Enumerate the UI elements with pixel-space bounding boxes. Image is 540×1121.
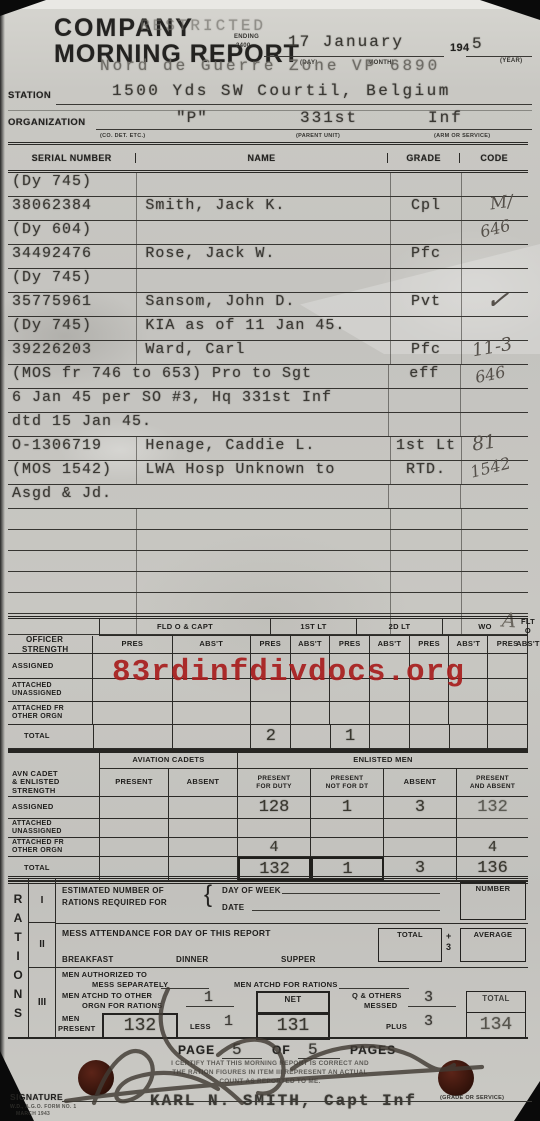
group-enlisted-men: ENLISTED MEN xyxy=(238,753,528,769)
grade-cell: 1st Lt xyxy=(391,437,462,460)
plus-label: PLUS xyxy=(386,1023,407,1032)
col-pfd: PRESENT xyxy=(258,775,291,782)
grade-cell: Pfc xyxy=(391,245,462,268)
code-cell: 646 xyxy=(462,221,528,244)
col-code: CODE xyxy=(460,153,528,163)
row-attached-unassigned-2: UNASSIGNED xyxy=(12,690,62,698)
name-cell: KIA as of 11 Jan 45. xyxy=(137,317,391,340)
roster-row-empty xyxy=(8,530,528,551)
code-cell: ✓ xyxy=(462,293,528,316)
ending-time: 2400 xyxy=(236,43,251,49)
roster-row: dtd 15 Jan 45. xyxy=(8,413,528,437)
q-others-label: Q & OTHERS xyxy=(352,992,402,1001)
grade-cell xyxy=(391,317,462,340)
watermark-text: 83rdinfdivdocs.org xyxy=(112,655,465,690)
grade-cell xyxy=(391,269,462,292)
sub-pres: PRES xyxy=(330,636,370,654)
org-arm-sublabel: (ARM OR SERVICE) xyxy=(434,133,490,139)
col-present-absent-2: AND ABSENT xyxy=(470,783,515,790)
present-label: PRESENT xyxy=(58,1025,96,1034)
serial-cell: 38062384 xyxy=(8,197,137,220)
number-box-label: NUMBER xyxy=(461,885,525,894)
group-1st-lt: 1ST LT xyxy=(271,619,357,636)
brace-glyph: { xyxy=(204,881,212,909)
grade-cell xyxy=(391,221,462,244)
year-underline xyxy=(466,36,532,57)
roster-row: O-1306719 Henage, Caddie L. 1st Lt 81 xyxy=(8,437,528,461)
officer-label-2: STRENGTH xyxy=(22,645,68,654)
col-absent: ABSENT xyxy=(384,769,457,797)
serial-cell xyxy=(8,572,137,592)
grade-cell xyxy=(391,173,462,196)
grade-cell xyxy=(391,530,462,550)
enlisted-label-3: STRENGTH xyxy=(12,787,56,796)
grade-cell xyxy=(389,485,461,508)
scan-edge-top xyxy=(0,0,540,9)
less-value: 1 xyxy=(224,1013,234,1030)
name-cell xyxy=(137,551,391,571)
breakfast-label: BREAKFAST xyxy=(62,955,114,964)
serial-cell: 35775961 xyxy=(8,293,137,316)
men-atchd-other-label: MEN ATCHD TO OTHER xyxy=(62,992,152,1001)
sub-pres: PRES xyxy=(410,636,450,654)
org-co-sublabel: (CO. DET. ETC.) xyxy=(100,133,145,139)
officer-label-1: OFFICER xyxy=(26,635,63,644)
row-attached-other-2: OTHER ORGN xyxy=(12,847,62,855)
row-attached-unassigned-2: UNASSIGNED xyxy=(12,828,62,836)
grade-service-sublabel: (GRADE OR SERVICE) xyxy=(440,1095,504,1101)
handwritten-code: 81 xyxy=(471,430,498,455)
plus-value: 3 xyxy=(424,1013,434,1030)
col-present-absent: PRESENT xyxy=(476,775,509,782)
form-id-line2: MARCH 1943 xyxy=(16,1111,50,1117)
estimated-number-label: ESTIMATED NUMBER OF xyxy=(62,886,164,895)
code-cell: M/ xyxy=(462,197,528,220)
net-value-box: 131 xyxy=(256,1012,330,1040)
roster-row: Asgd & Jd. xyxy=(8,485,528,509)
serial-cell: (MOS 1542) xyxy=(8,461,137,484)
roster-row: (Dy 745) KIA as of 11 Jan 45. xyxy=(8,317,528,341)
col-cadet-absent: ABSENT xyxy=(169,769,238,797)
total-1stlt-pres: 2 xyxy=(251,725,291,749)
roster-row-empty xyxy=(8,572,528,593)
attached-pfd: 4 xyxy=(238,838,311,857)
roster-row: 39226203 Ward, Carl Pfc 11-3 xyxy=(8,341,528,365)
row-attached-unassigned: ATTACHED xyxy=(12,682,52,690)
year-label: (YEAR) xyxy=(500,58,522,64)
scan-corner xyxy=(480,0,540,20)
roster-row: 38062384 Smith, Jack K. Cpl M/ xyxy=(8,197,528,221)
average-box-label: AVERAGE xyxy=(461,931,525,940)
row-attached-other-2: OTHER ORGN xyxy=(12,713,62,721)
rations-vertical-label: RATIONS xyxy=(8,879,29,1037)
serial-cell: O-1306719 xyxy=(8,437,137,460)
row-assigned: ASSIGNED xyxy=(8,654,93,679)
morning-report-scan: COMPANY RESTRICTED MORNING REPORT ENDING… xyxy=(0,0,540,1121)
roster-row: (MOS 1542) LWA Hosp Unknown to RTD. 1542 xyxy=(8,461,528,485)
of-label: OF xyxy=(272,1043,291,1057)
grade-cell xyxy=(391,572,462,592)
rations-section: RATIONS I II III ESTIMATED NUMBER OF RAT… xyxy=(8,876,528,1039)
less-label: LESS xyxy=(190,1023,211,1032)
mess-separately-label: MESS SEPARATELY xyxy=(92,981,168,990)
roster-row: 34492476 Rose, Jack W. Pfc xyxy=(8,245,528,269)
serial-cell: (Dy 604) xyxy=(8,221,137,244)
restricted-stamp: RESTRICTED xyxy=(140,17,266,35)
sub-abst: ABS'T xyxy=(173,636,251,654)
col-grade: GRADE xyxy=(388,153,461,163)
total-2dlt-pres: 1 xyxy=(331,725,371,749)
rations-letters: RATIONS xyxy=(11,892,25,1025)
net-label: NET xyxy=(258,995,328,1004)
group-fldo-capt: FLD O & CAPT xyxy=(100,619,271,636)
men-atchd-rations-label: MEN ATCHD FOR RATIONS xyxy=(234,981,338,990)
name-cell: Ward, Carl xyxy=(137,341,391,364)
censor-zone-line: Nord de Guerre Zone VP 6890 xyxy=(100,57,440,75)
code-cell xyxy=(462,593,528,613)
total-rations-box: TOTAL xyxy=(466,991,526,1013)
group-wo: WO xyxy=(443,619,528,636)
total-rations-label: TOTAL xyxy=(467,994,525,1003)
group-2d-lt: 2D LT xyxy=(357,619,443,636)
org-underline xyxy=(96,111,532,130)
total-box: TOTAL xyxy=(378,928,442,962)
net-value: 131 xyxy=(277,1016,309,1036)
date-underline xyxy=(264,36,444,57)
serial-cell xyxy=(8,530,137,550)
code-cell xyxy=(462,245,528,268)
row-attached-other: ATTACHED FR xyxy=(12,839,64,847)
name-cell xyxy=(137,269,391,292)
serial-cell xyxy=(8,593,137,613)
row-attached-other: ATTACHED FR xyxy=(12,705,64,713)
roster-header-row: SERIAL NUMBER NAME GRADE CODE xyxy=(8,142,528,173)
roster-row-empty xyxy=(8,509,528,530)
enlisted-strength-table: AVIATION CADETS ENLISTED MEN AVN CADET &… xyxy=(8,750,528,884)
dinner-label: DINNER xyxy=(176,955,208,964)
numeral-iii: III xyxy=(29,968,55,1037)
divide-sign: + xyxy=(446,931,452,941)
remark-cell: Asgd & Jd. xyxy=(8,485,389,508)
officer-strength-label xyxy=(8,619,100,636)
code-cell: 646 xyxy=(461,365,528,388)
number-box: NUMBER xyxy=(460,882,526,920)
form-id-line1: W.D., A.G.O. FORM NO. 1 xyxy=(10,1104,76,1110)
group-aviation-cadets: AVIATION CADETS xyxy=(100,753,238,769)
roster-table: SERIAL NUMBER NAME GRADE CODE (Dy 745) 3… xyxy=(8,142,528,635)
name-cell xyxy=(137,221,391,244)
grade-cell xyxy=(391,551,462,571)
serial-cell: 34492476 xyxy=(8,245,137,268)
serial-cell: 39226203 xyxy=(8,341,137,364)
numeral-i: I xyxy=(29,879,55,923)
messed-label: MESSED xyxy=(364,1002,397,1011)
serial-cell: (Dy 745) xyxy=(8,173,137,196)
divide-three: 3 xyxy=(446,942,451,952)
code-cell xyxy=(462,509,528,529)
numeral-ii: II xyxy=(29,923,55,967)
handwritten-checkmark: ✓ xyxy=(484,284,510,317)
mess-attendance-label: MESS ATTENDANCE FOR DAY OF THIS REPORT xyxy=(62,929,271,939)
signed-name: KARL N. SMITH, Capt Inf xyxy=(150,1092,417,1110)
day-of-week-line xyxy=(282,877,440,894)
date-line xyxy=(252,894,440,911)
row-total: TOTAL xyxy=(8,725,94,749)
remark-cell: 6 Jan 45 per SO #3, Hq 331st Inf xyxy=(8,389,389,412)
grade-cell: Pfc xyxy=(391,341,462,364)
sub-pres: PRES xyxy=(251,636,291,654)
org-parent-sublabel: (PARENT UNIT) xyxy=(296,133,340,139)
total-box-label: TOTAL xyxy=(379,931,441,940)
handwritten-code: 646 xyxy=(473,362,507,387)
assigned-pnfd: 1 xyxy=(311,797,384,819)
signature-label: SIGNATURE xyxy=(10,1092,63,1102)
code-cell xyxy=(461,389,528,412)
assigned-present-absent: 132 xyxy=(457,797,528,819)
serial-cell xyxy=(8,509,137,529)
total-value: 134 xyxy=(480,1015,512,1035)
roster-row: 6 Jan 45 per SO #3, Hq 331st Inf xyxy=(8,389,528,413)
remark-cell: (MOS fr 746 to 653) Pro to Sgt xyxy=(8,365,389,388)
name-cell: Sansom, John D. xyxy=(137,293,391,316)
grade-cell xyxy=(389,413,461,436)
name-cell xyxy=(137,593,391,613)
name-cell xyxy=(137,572,391,592)
roster-row-empty xyxy=(8,593,528,614)
total-value-box: 134 xyxy=(466,1012,526,1038)
roster-row: 35775961 Sansom, John D. Pvt ✓ xyxy=(8,293,528,317)
men-present-value: 132 xyxy=(124,1016,156,1036)
serial-cell: (Dy 745) xyxy=(8,317,137,340)
date-label: DATE xyxy=(222,903,244,912)
row-attached-unassigned: ATTACHED xyxy=(12,820,52,828)
name-cell xyxy=(137,530,391,550)
average-box: AVERAGE xyxy=(460,928,526,962)
page-label: PAGE xyxy=(178,1043,215,1057)
code-cell: 11-3 xyxy=(462,341,528,364)
men-present-box: 132 xyxy=(102,1013,178,1039)
grade-cell xyxy=(389,389,461,412)
grade-cell xyxy=(391,593,462,613)
remark-cell: dtd 15 Jan 45. xyxy=(8,413,389,436)
col-pnfd-2: NOT FOR DT xyxy=(326,783,369,790)
sub-abst: ABS'T xyxy=(370,636,410,654)
roster-row: (MOS fr 746 to 653) Pro to Sgt eff 646 xyxy=(8,365,528,389)
grade-cell xyxy=(391,509,462,529)
grade-cell: eff xyxy=(389,365,461,388)
serial-cell: (Dy 745) xyxy=(8,269,137,292)
name-cell xyxy=(137,173,391,196)
name-cell xyxy=(137,509,391,529)
roster-row: (Dy 604) 646 xyxy=(8,221,528,245)
orgn-for-rations-label: ORGN FOR RATIONS xyxy=(82,1002,163,1011)
supper-label: SUPPER xyxy=(281,955,316,964)
code-cell xyxy=(462,551,528,571)
col-pfd-2: FOR DUTY xyxy=(256,783,292,790)
rations-numerals: I II III xyxy=(29,879,56,1037)
name-cell: Rose, Jack W. xyxy=(137,245,391,268)
col-serial-number: SERIAL NUMBER xyxy=(8,153,136,163)
name-cell: LWA Hosp Unknown to xyxy=(137,461,391,484)
men-label: MEN xyxy=(62,1015,80,1024)
attached-present-absent: 4 xyxy=(457,838,528,857)
sub-abst: ABS'T xyxy=(291,636,331,654)
col-pnfd: PRESENT xyxy=(331,775,364,782)
organization-label: ORGANIZATION xyxy=(8,117,85,128)
grade-cell: Pvt xyxy=(391,293,462,316)
roster-row: (Dy 745) xyxy=(8,173,528,197)
ending-label: ENDING xyxy=(234,34,259,40)
rations-required-label: RATIONS REQUIRED FOR xyxy=(62,898,167,907)
sub-abst: ABS'T xyxy=(449,636,488,654)
rations-main: ESTIMATED NUMBER OF RATIONS REQUIRED FOR… xyxy=(56,879,528,1037)
code-cell xyxy=(462,173,528,196)
men-authorized-label: MEN AUTHORIZED TO xyxy=(62,971,147,980)
code-cell xyxy=(462,530,528,550)
code-cell: 1542 xyxy=(462,461,528,484)
name-cell: Henage, Caddie L. xyxy=(137,437,391,460)
sub-pres: PRES xyxy=(93,636,172,654)
col-name: NAME xyxy=(136,153,388,163)
roster-row-empty xyxy=(8,551,528,572)
pages-label: PAGES xyxy=(350,1043,396,1057)
code-cell xyxy=(461,485,528,508)
scan-edge-left xyxy=(0,0,5,1121)
grade-cell: Cpl xyxy=(391,197,462,220)
handwritten-code: M/ xyxy=(489,191,515,214)
serial-cell xyxy=(8,551,137,571)
row-assigned: ASSIGNED xyxy=(8,797,100,819)
grade-cell: RTD. xyxy=(391,461,462,484)
name-cell: Smith, Jack K. xyxy=(137,197,391,220)
code-cell xyxy=(462,572,528,592)
col-cadet-present: PRESENT xyxy=(100,769,169,797)
assigned-pfd: 128 xyxy=(238,797,311,819)
roster-row: (Dy 745) xyxy=(8,269,528,293)
assigned-absent: 3 xyxy=(384,797,457,819)
